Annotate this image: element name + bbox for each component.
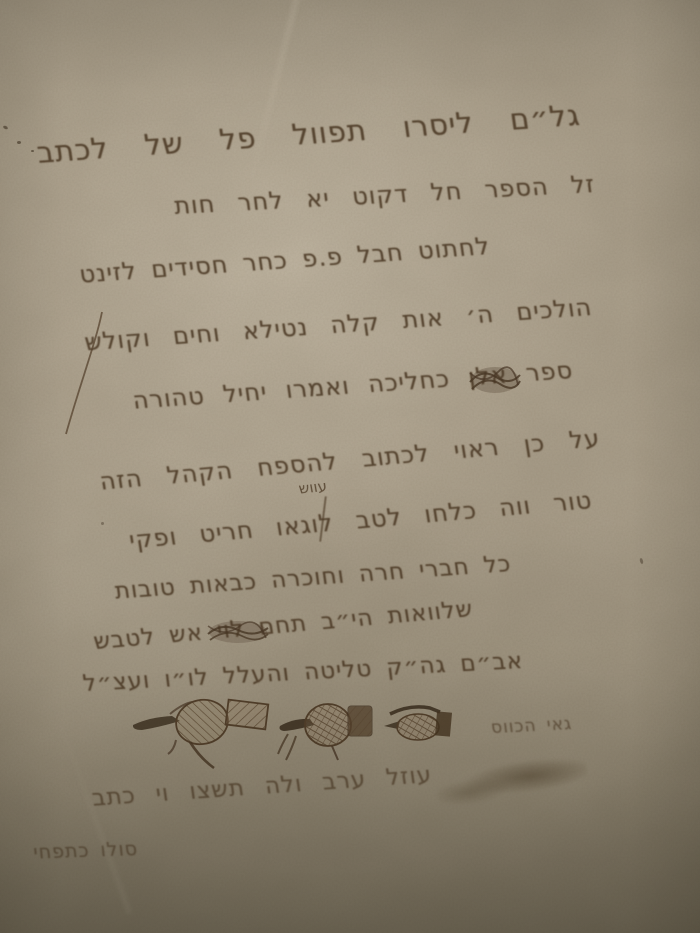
scribble-strikeout xyxy=(206,616,270,648)
ink-speck xyxy=(31,150,34,152)
paper-crease xyxy=(245,0,301,197)
manuscript-line: לחתוט חבל פ.פ כחר חסידים לזינט xyxy=(94,232,492,287)
scribble-strikeout xyxy=(468,360,522,400)
manicule-icon xyxy=(130,690,272,782)
manuscript-photo: גל״ם ליסרו תפוול פל של לכתב זל הספר חל ד… xyxy=(0,0,700,933)
ink-speck xyxy=(3,125,9,130)
manuscript-line: הולכים ה׳ אות קלה נטילא וחים וקולש xyxy=(82,293,594,356)
manuscript-line: זל הספר חל דקוט יא לחר חות xyxy=(139,170,597,222)
ink-speck xyxy=(101,522,104,525)
ink-speck xyxy=(639,558,643,565)
manuscript-line: גל״ם ליסרו תפוול פל של לכתב xyxy=(111,98,583,164)
manuscript-line: על כן ראוי לכתוב להספח הקהל הזה xyxy=(71,424,602,498)
descender-flourish xyxy=(60,308,108,438)
ink-speck xyxy=(17,141,21,144)
ink-stain xyxy=(434,749,591,815)
manicule-icon xyxy=(276,692,378,776)
manuscript-line: טור ווה כלחו לטב לוגאו חריט ופקי xyxy=(83,486,594,558)
manicule-icon xyxy=(382,700,456,752)
manuscript-line: אב״ם גה״ק טליטה והעלל לו״ו ועצ״ל xyxy=(189,648,525,691)
manuscript-line: סולו כתפחי xyxy=(7,838,139,864)
manuscript-line: שלוואות הי״ב תחם לוי אש לטבש xyxy=(149,596,475,650)
manuscript-line: גאי הכווס xyxy=(461,714,573,740)
